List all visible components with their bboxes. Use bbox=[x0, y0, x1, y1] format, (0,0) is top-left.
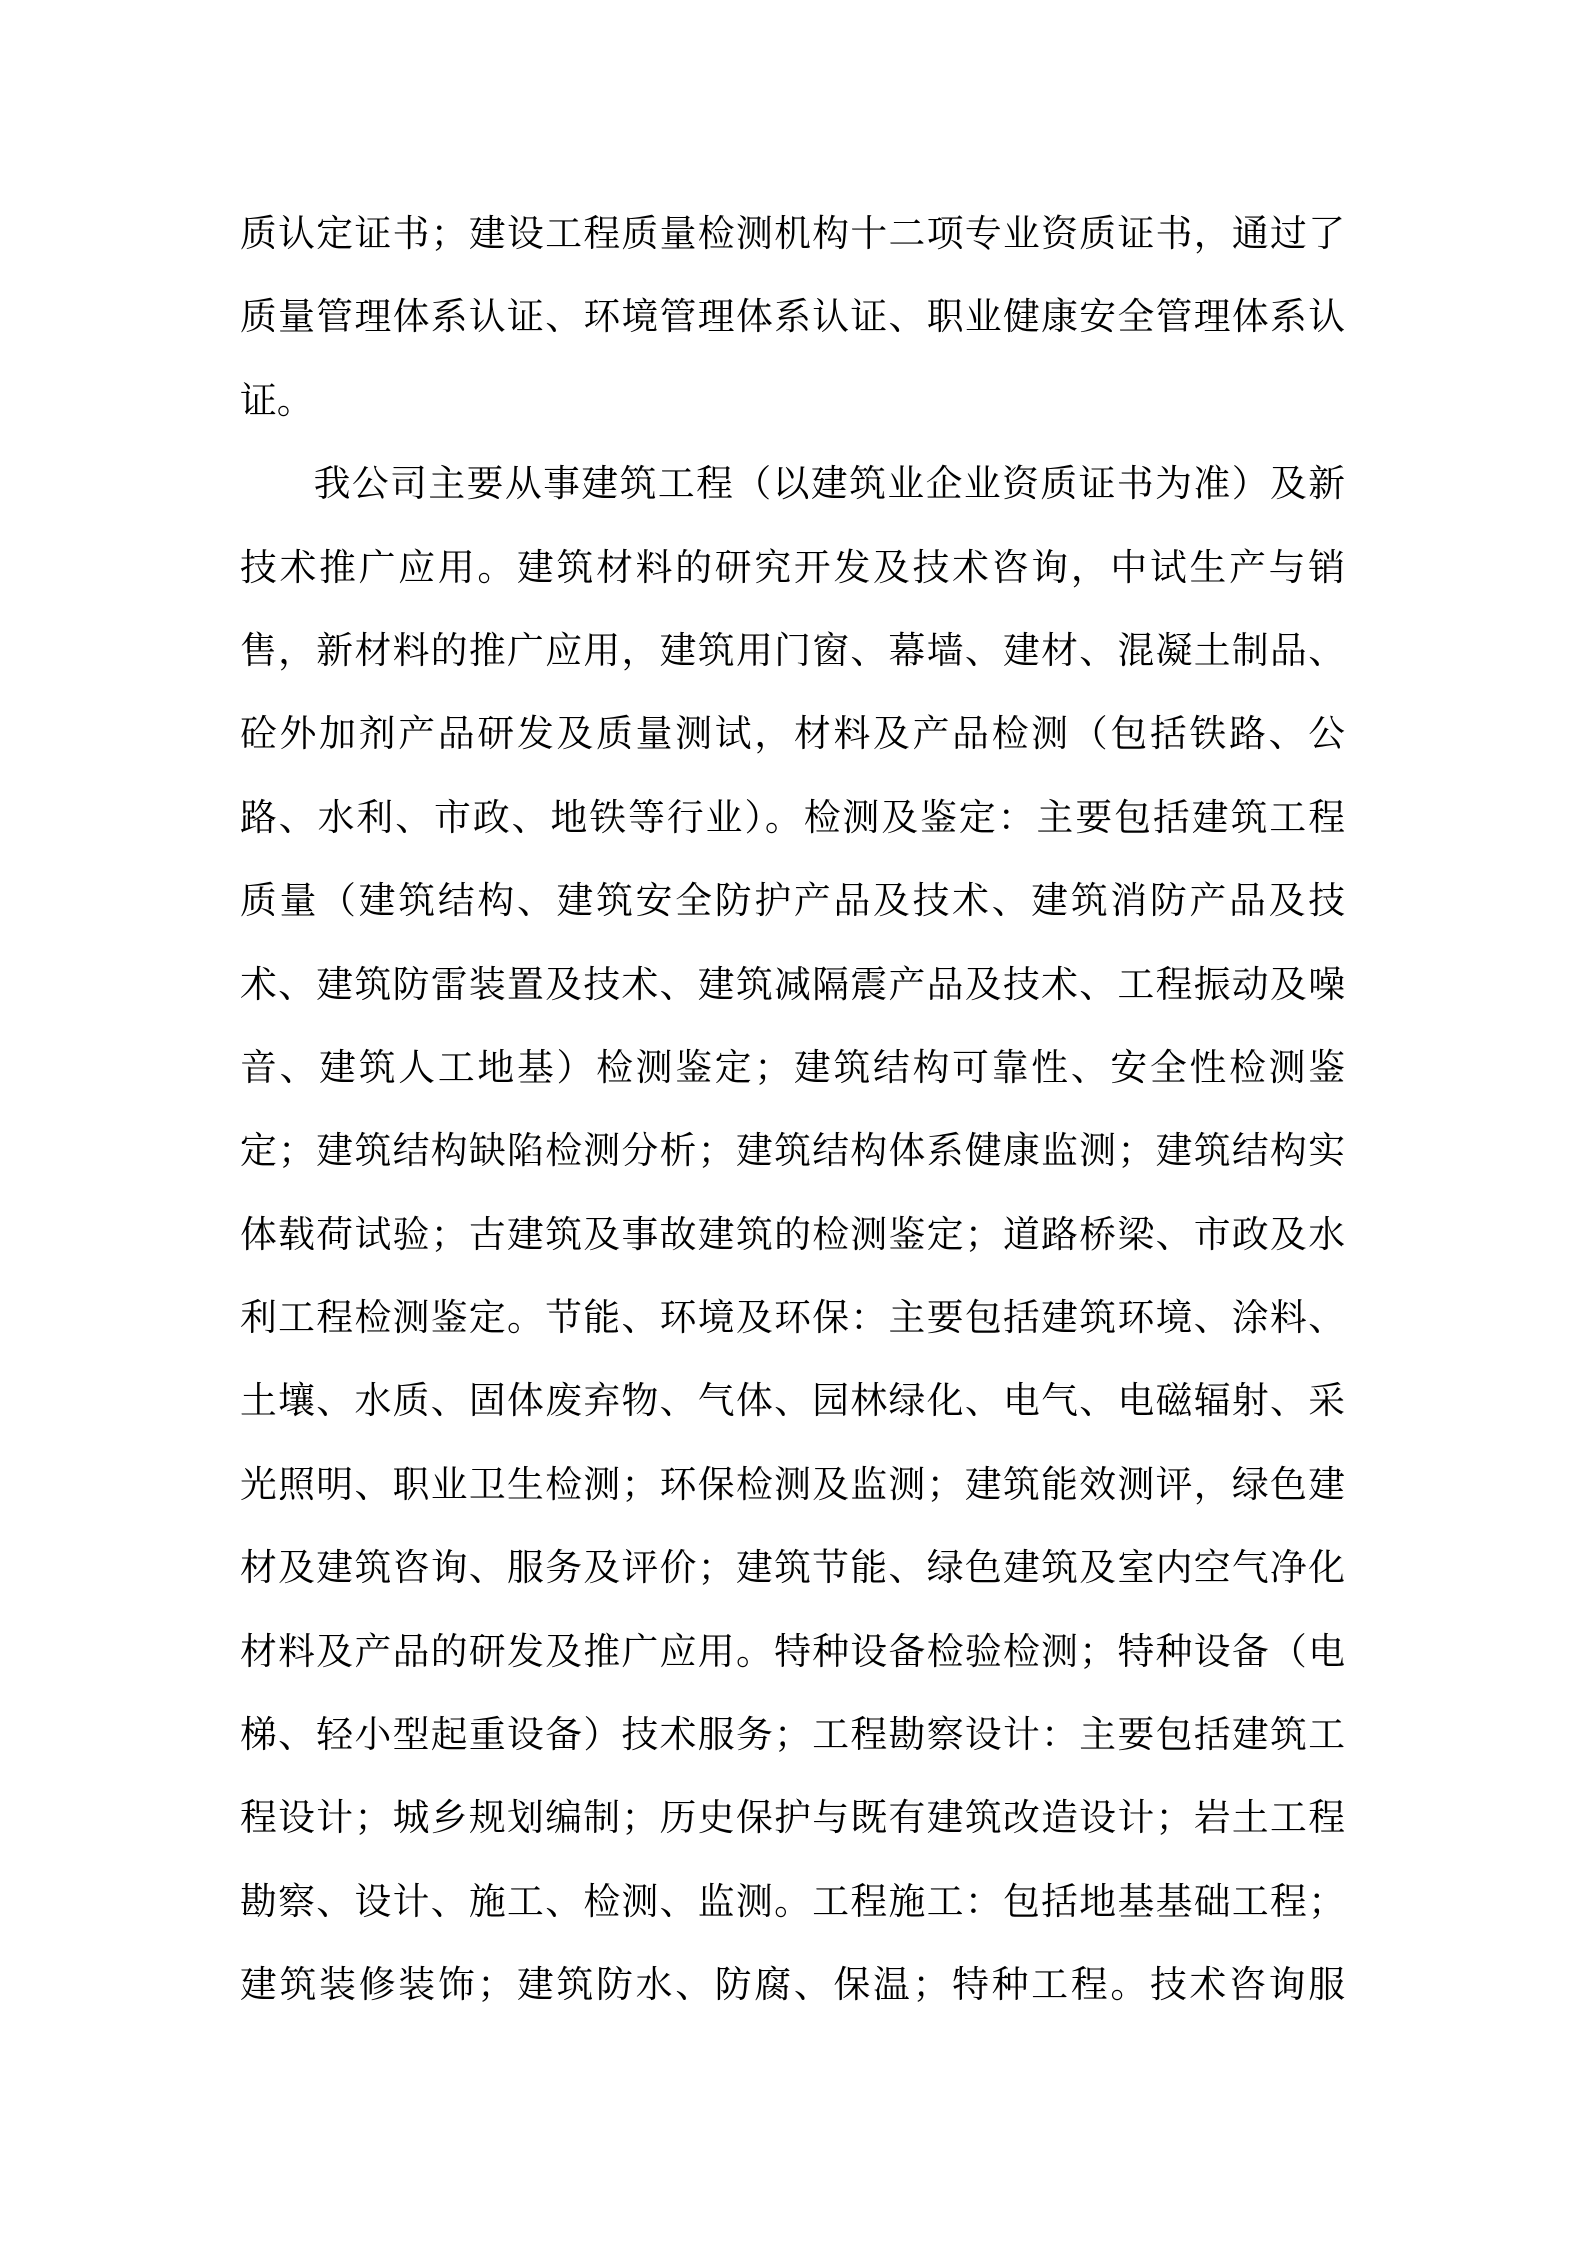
text-line-16: 光照明、职业卫生检测；环保检测及监测；建筑能效测评，绿色建 bbox=[240, 1462, 1345, 1545]
document-body: 质认定证书；建设工程质量检测机构十二项专业资质证书，通过了质量管理体系认证、环境… bbox=[240, 211, 1345, 2046]
text-line-9: 质量（建筑结构、建筑安全防护产品及技术、建筑消防产品及技 bbox=[240, 878, 1345, 961]
text-line-13: 体载荷试验；古建筑及事故建筑的检测鉴定；道路桥梁、市政及水 bbox=[240, 1212, 1345, 1295]
text-line-11: 音、建筑人工地基）检测鉴定；建筑结构可靠性、安全性检测鉴 bbox=[240, 1045, 1345, 1128]
text-line-12: 定；建筑结构缺陷检测分析；建筑结构体系健康监测；建筑结构实 bbox=[240, 1128, 1345, 1211]
text-line-21: 勘察、设计、施工、检测、监测。工程施工：包括地基基础工程； bbox=[240, 1879, 1345, 1962]
document-page: 质认定证书；建设工程质量检测机构十二项专业资质证书，通过了质量管理体系认证、环境… bbox=[0, 0, 1587, 2245]
text-line-2: 质量管理体系认证、环境管理体系认证、职业健康安全管理体系认 bbox=[240, 294, 1345, 377]
text-line-6: 售，新材料的推广应用，建筑用门窗、幕墙、建材、混凝土制品、 bbox=[240, 628, 1345, 711]
text-line-8: 路、水利、市政、地铁等行业）。检测及鉴定：主要包括建筑工程 bbox=[240, 795, 1345, 878]
text-line-1: 质认定证书；建设工程质量检测机构十二项专业资质证书，通过了 bbox=[240, 211, 1345, 294]
text-line-20: 程设计；城乡规划编制；历史保护与既有建筑改造设计；岩土工程 bbox=[240, 1795, 1345, 1878]
text-line-10: 术、建筑防雷装置及技术、建筑减隔震产品及技术、工程振动及噪 bbox=[240, 962, 1345, 1045]
text-line-14: 利工程检测鉴定。节能、环境及环保：主要包括建筑环境、涂料、 bbox=[240, 1295, 1345, 1378]
text-line-18: 材料及产品的研发及推广应用。特种设备检验检测；特种设备（电 bbox=[240, 1629, 1345, 1712]
text-line-5: 技术推广应用。建筑材料的研究开发及技术咨询，中试生产与销 bbox=[240, 545, 1345, 628]
text-line-4: 我公司主要从事建筑工程（以建筑业企业资质证书为准）及新 bbox=[240, 461, 1345, 544]
text-line-3: 证。 bbox=[240, 378, 1345, 461]
text-line-15: 土壤、水质、固体废弃物、气体、园林绿化、电气、电磁辐射、采 bbox=[240, 1378, 1345, 1461]
text-line-19: 梯、轻小型起重设备）技术服务；工程勘察设计：主要包括建筑工 bbox=[240, 1712, 1345, 1795]
text-line-22: 建筑装修装饰；建筑防水、防腐、保温；特种工程。技术咨询服 bbox=[240, 1962, 1345, 2045]
text-line-17: 材及建筑咨询、服务及评价；建筑节能、绿色建筑及室内空气净化 bbox=[240, 1545, 1345, 1628]
text-line-7: 砼外加剂产品研发及质量测试，材料及产品检测（包括铁路、公 bbox=[240, 711, 1345, 794]
